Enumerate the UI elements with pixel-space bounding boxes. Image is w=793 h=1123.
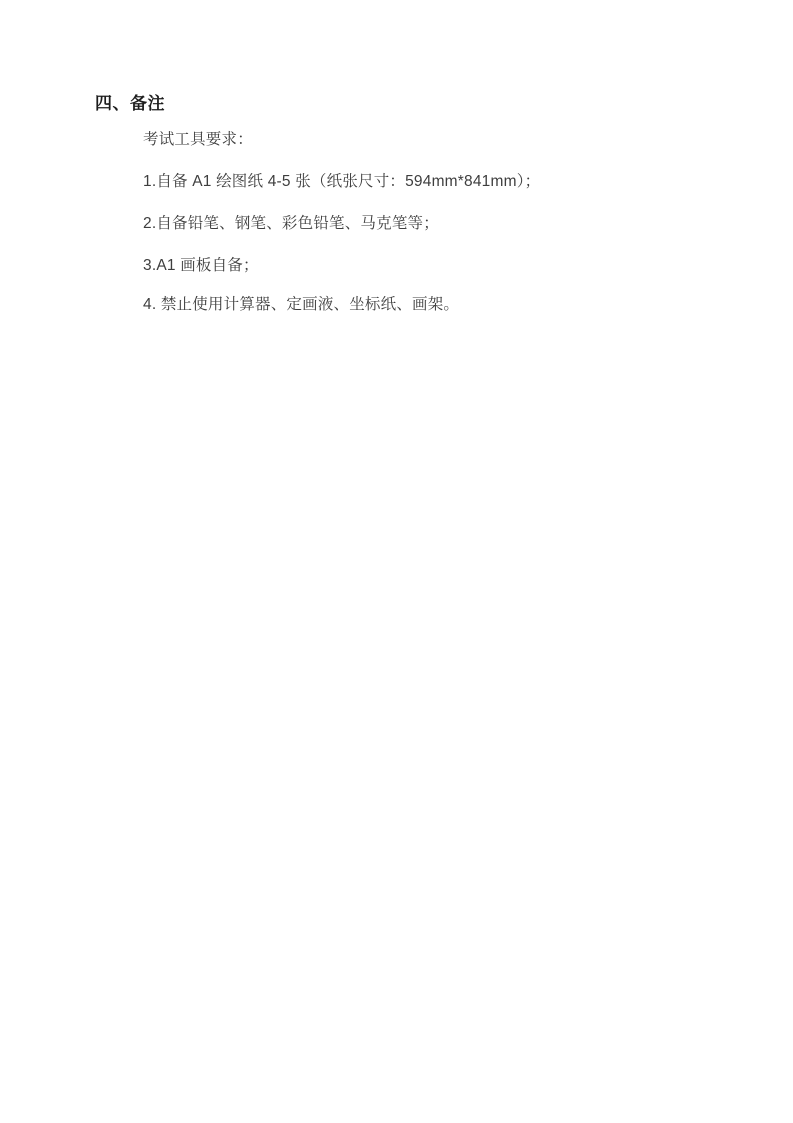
section-heading: 四、备注 [95, 94, 165, 114]
requirement-item-2: 2.自备铅笔、钢笔、彩色铅笔、马克笔等； [143, 214, 439, 234]
document-page: 四、备注 考试工具要求： 1.自备 A1 绘图纸 4-5 张（纸张尺寸：594m… [0, 0, 793, 1123]
requirement-item-4: 4. 禁止使用计算器、定画液、坐标纸、画架。 [143, 295, 459, 315]
requirement-item-3: 3.A1 画板自备； [143, 256, 259, 276]
requirement-item-1: 1.自备 A1 绘图纸 4-5 张（纸张尺寸：594mm*841mm）； [143, 172, 540, 192]
intro-line: 考试工具要求： [143, 130, 253, 150]
